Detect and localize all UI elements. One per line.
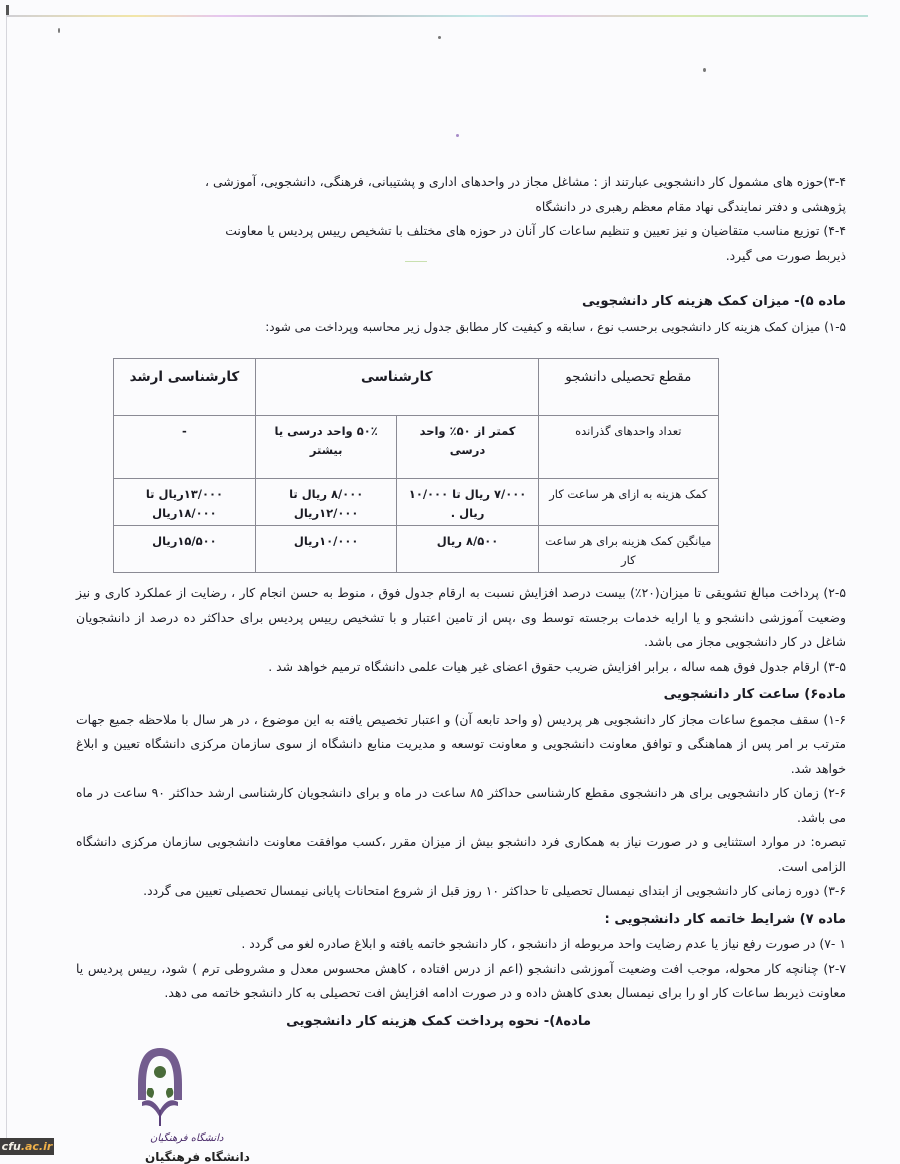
header-level: مقطع تحصیلی دانشجو (538, 359, 718, 416)
article-5-heading: ماده ۵)- میزان کمک هزینه کار دانشجویی (76, 290, 846, 315)
clause-7-2: ۲-۷) چنانچه کار محوله، موجب افت وضعیت آم… (76, 957, 846, 1006)
scan-page-border (6, 5, 7, 1155)
header-master: کارشناسی ارشد (114, 359, 256, 416)
clause-4-4: ۴-۴) توزیع مناسب متقاضیان و نیز تعیین و … (76, 219, 846, 268)
article-6-heading: ماده۶) ساعت کار دانشجویی (76, 683, 846, 708)
clause-6-3: ۳-۶) دوره زمانی کار دانشجویی از ابتدای ن… (76, 879, 846, 904)
scan-corner-mark (6, 5, 9, 15)
scan-page-edge (6, 15, 868, 17)
university-logo-icon (130, 1044, 190, 1128)
cell-bachelor-under50: کمتر از ۵۰٪ واحد درسی (397, 416, 538, 479)
row-label: تعداد واحدهای گذرانده (538, 416, 718, 479)
fee-table: مقطع تحصیلی دانشجو کارشناسی کارشناسی ارش… (113, 358, 719, 573)
clause-5-1: ۱-۵) میزان کمک هزینه کار دانشجویی برحسب … (76, 315, 846, 340)
article-7-heading: ماده ۷) شرایط خاتمه کار دانشجویی : (76, 908, 846, 933)
watermark-part2: .ac.ir (21, 1140, 53, 1153)
clause-5-3: ۳-۵) ارقام جدول فوق همه ساله ، برابر افز… (76, 655, 846, 680)
row-label: کمک هزینه به ازای هر ساعت کار (538, 479, 718, 526)
scan-speck (58, 28, 60, 33)
note-6: تبصره: در موارد استثنایی و در صورت نیاز … (76, 830, 846, 879)
fee-table-header: مقطع تحصیلی دانشجو کارشناسی کارشناسی ارش… (114, 359, 719, 416)
logo-caption: دانشگاه فرهنگیان (150, 1133, 223, 1144)
cell-bachelor-under50: ۸/۵۰۰ ریال (397, 526, 538, 573)
cell-master: ۱۵/۵۰۰ریال (114, 526, 256, 573)
cell-bachelor-under50: ۷/۰۰۰ ریال تا ۱۰/۰۰۰ ریال . (397, 479, 538, 526)
document-body-continued: ۲-۵) پرداخت مبالغ تشویقی تا میزان(۲۰٪) ب… (76, 581, 846, 1034)
clause-4-3: ۳-۴)حوزه های مشمول کار دانشجویی عبارتند … (76, 170, 846, 219)
article-8-heading: ماده۸)- نحوه پرداخت کمک هزینه کار دانشجو… (76, 1010, 846, 1035)
clause-4-3-line2: پژوهشی و دفتر نمایندگی نهاد مقام معظم ره… (535, 199, 846, 214)
scan-speck (438, 36, 441, 39)
header-bachelor: کارشناسی (255, 359, 538, 416)
cell-bachelor-over50: ۵۰٪ واحد درسی یا بیشتر (255, 416, 397, 479)
cell-master: ۱۳/۰۰۰ریال تا ۱۸/۰۰۰ریال (114, 479, 256, 526)
row-label: میانگین کمک هزینه برای هر ساعت کار (538, 526, 718, 573)
table-row: تعداد واحدهای گذرانده کمتر از ۵۰٪ واحد د… (114, 416, 719, 479)
site-watermark[interactable]: cfu.ac.ir (0, 1138, 54, 1155)
scan-speck (456, 134, 459, 137)
clause-7-1: ۱ -۷) در صورت رفع نیاز یا عدم رضایت واحد… (76, 932, 846, 957)
document-body: ۳-۴)حوزه های مشمول کار دانشجویی عبارتند … (76, 170, 846, 339)
watermark-part1: cfu (2, 1140, 21, 1153)
clause-5-2: ۲-۵) پرداخت مبالغ تشویقی تا میزان(۲۰٪) ب… (76, 581, 846, 655)
clause-6-1: ۱-۶) سقف مجموع ساعات مجاز کار دانشجویی ه… (76, 708, 846, 782)
scan-speck (703, 68, 706, 72)
clause-4-4-line2: ذیربط صورت می گیرد. (726, 248, 846, 263)
clause-4-4-line1: ۴-۴) توزیع مناسب متقاضیان و نیز تعیین و … (225, 223, 846, 238)
cell-master: - (114, 416, 256, 479)
cell-bachelor-over50: ۱۰/۰۰۰ریال (255, 526, 397, 573)
clause-6-2: ۲-۶) زمان کار دانشجویی برای هر دانشجوی م… (76, 781, 846, 830)
cell-bachelor-over50: ۸/۰۰۰ ریال تا ۱۲/۰۰۰ریال (255, 479, 397, 526)
table-row: کمک هزینه به ازای هر ساعت کار ۷/۰۰۰ ریال… (114, 479, 719, 526)
clause-4-3-line1: ۳-۴)حوزه های مشمول کار دانشجویی عبارتند … (205, 174, 846, 189)
logo-caption-secondary: دانشگاه فرهنگیان (145, 1150, 250, 1164)
table-row: میانگین کمک هزینه برای هر ساعت کار ۸/۵۰۰… (114, 526, 719, 573)
